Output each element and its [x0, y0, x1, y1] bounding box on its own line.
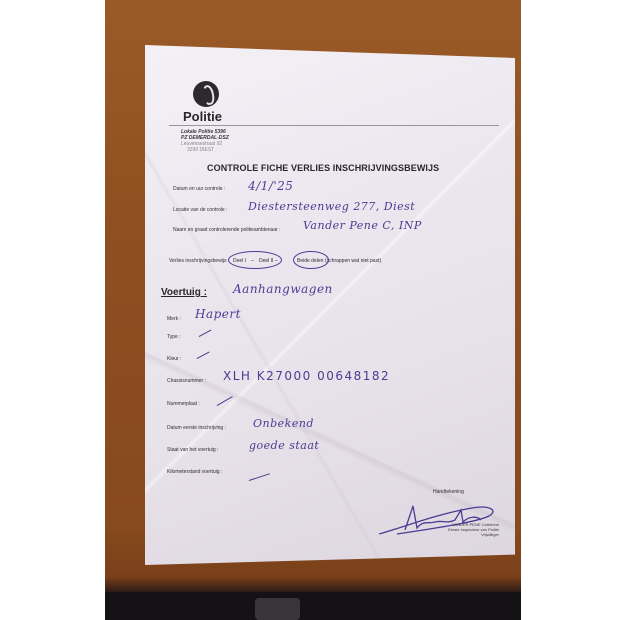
- pen-circle-deel-i: [228, 251, 282, 269]
- field-label-kleur: Kleur :: [167, 356, 181, 362]
- field-label-type: Type :: [167, 334, 181, 340]
- vehicle-type-value: Aanhangwagen: [233, 282, 333, 296]
- chair-leg: [255, 598, 300, 620]
- signatory-block: VANDER PENE Catherine Eerste Inspecteur …: [427, 522, 499, 537]
- field-label-kilometerstand: Kilometerstand voertuig :: [167, 469, 222, 475]
- field-label-chassisnummer: Chassisnummer :: [167, 378, 206, 384]
- field-label-staat: Staat van het voertuig :: [167, 447, 218, 453]
- brand-name: Politie: [183, 109, 222, 124]
- form-title: CONTROLE FICHE VERLIES INSCHRIJVINGSBEWI…: [207, 163, 439, 173]
- police-flame-logo-icon: [193, 81, 219, 107]
- field-value-merk: Hapert: [195, 307, 241, 321]
- address-line: 3290 DIEST: [187, 147, 214, 153]
- header-divider: [169, 125, 499, 126]
- field-label-nummerplaat: Nummerplaat :: [167, 401, 200, 407]
- field-value-staat: goede staat: [249, 439, 319, 452]
- field-label-locatie: Locatie van de controle :: [173, 207, 227, 213]
- floor: [105, 592, 521, 620]
- field-value-datum: 4/1/'25: [248, 179, 293, 193]
- vehicle-heading: Voertuig :: [161, 287, 207, 298]
- field-label-datum-eerste-inschrijving: Datum eerste inschrijving :: [167, 425, 226, 431]
- field-value-locatie: Diestersteenweg 277, Diest: [248, 200, 415, 213]
- signatory-status: Vrijwilliger: [427, 532, 499, 537]
- verlies-note: (schrappen wat niet past): [325, 258, 381, 264]
- field-value-datum-eerste-inschrijving: Onbekend: [253, 417, 314, 430]
- signature-label: Handtekening: [433, 489, 464, 495]
- field-label-datum: Datum en uur controle :: [173, 186, 225, 192]
- pen-circle-beide-delen: [293, 251, 329, 269]
- field-value-naam: Vander Pene C, INP: [303, 219, 422, 232]
- verlies-label: Verlies inschrijvingsbewijs :: [169, 258, 229, 264]
- police-form: Politie Lokale Politie 5396 PZ DEMERDAL-…: [145, 45, 515, 565]
- field-label-naam: Naam en graad controlerende politieambte…: [173, 227, 281, 233]
- field-label-merk: Merk :: [167, 316, 181, 322]
- field-value-chassisnummer: XLH K27000 00648182: [223, 369, 390, 383]
